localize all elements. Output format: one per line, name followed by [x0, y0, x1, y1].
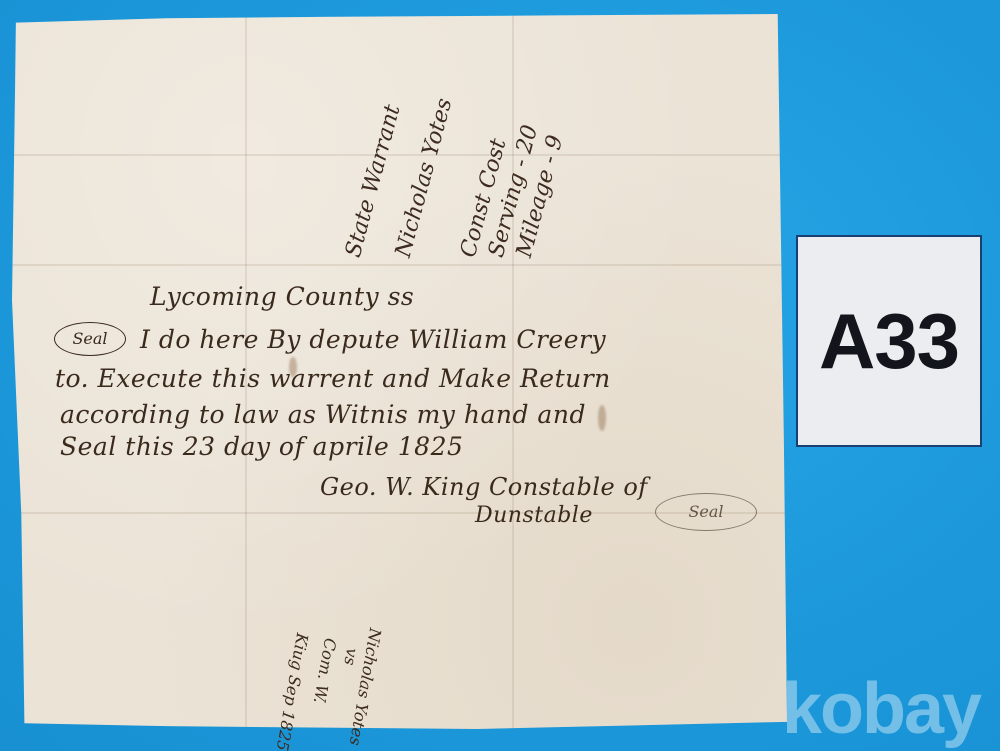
ink-stain — [289, 357, 297, 377]
body-line: I do here By depute William Creery — [140, 325, 606, 354]
signature-line: Geo. W. King Constable of — [320, 473, 648, 501]
body-line: to. Execute this warrent and Make Return — [55, 364, 611, 393]
docket-line: Kiug Sep 1825 — [273, 632, 312, 751]
lot-number: A33 — [819, 296, 959, 387]
body-line: according to law as Witnis my hand and — [60, 400, 586, 429]
docket-line: Nicholas Yotes — [346, 627, 385, 747]
seal-mark: Seal — [54, 322, 126, 356]
body-line: Seal this 23 day of aprile 1825 — [60, 432, 463, 461]
county-heading: Lycoming County ss — [150, 282, 414, 311]
signature-seal-mark: Seal — [655, 493, 757, 531]
lot-label-card: A33 — [796, 235, 982, 447]
seal-mark-text: Seal — [72, 329, 107, 348]
ink-stain — [598, 405, 606, 431]
docket-top: State Warrant Nicholas Yotes Const Cost … — [340, 60, 590, 260]
docket-bottom: Nicholas Yotes vs Com. W. Kiug Sep 1825 — [250, 620, 400, 740]
signature-line: Dunstable — [475, 503, 593, 528]
kobay-watermark: kobay — [782, 668, 980, 750]
seal-mark-text: Seal — [688, 502, 723, 521]
fold-line — [12, 264, 787, 266]
docket-line: Com. W. — [310, 637, 340, 705]
docket-line: vs — [340, 647, 362, 667]
